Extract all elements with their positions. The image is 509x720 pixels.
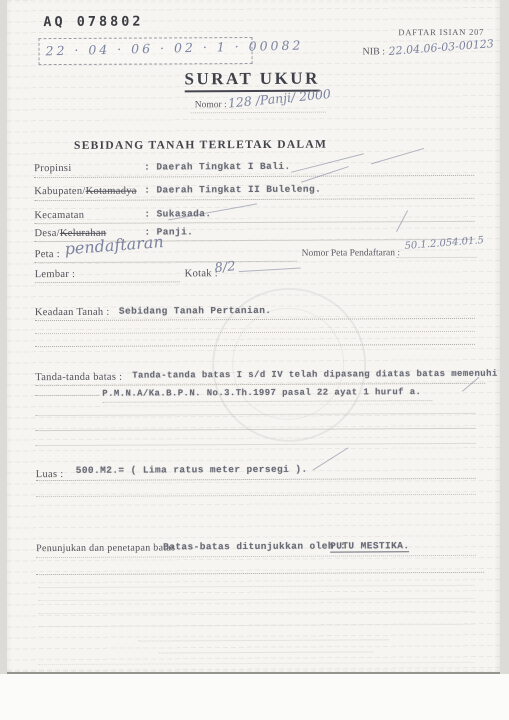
dotted-leader [397, 257, 477, 258]
page-content: AQ 078802 22 · 04 · 06 · 02 · 1 · 00082 … [5, 0, 502, 673]
parcel-code-box: 22 · 04 · 06 · 02 · 1 · 00082 [38, 37, 252, 65]
penunjukan-value: Batas-batas ditunjukkan oleh : [163, 541, 346, 553]
dotted-leader [36, 555, 476, 558]
tanda-batas-line1: Tanda-tanda batas I s/d IV telah dipasan… [132, 369, 498, 381]
dotted-filler-line [36, 443, 476, 446]
keadaan-tanah-label: Keadaan Tanah : [35, 307, 110, 318]
nib-value-handwritten: 22.04.06-03-00123 [388, 37, 494, 58]
title-row: SURAT UKUR [6, 68, 499, 94]
handwritten-slash-mark [291, 153, 364, 172]
dotted-leader [102, 400, 432, 403]
page-bottom-edge [0, 674, 509, 720]
faint-bleedthrough-line [38, 598, 474, 601]
dotted-filler-line [36, 572, 484, 575]
parcel-code-handwritten: 22 · 04 · 06 · 02 · 1 · 00082 [45, 37, 303, 58]
nomor-peta-value-handwritten: 50.1.2.054.01.5 [404, 235, 484, 252]
faint-bleedthrough-line [39, 624, 475, 627]
faint-bleedthrough-line [38, 611, 474, 614]
luas-value: 500.M2.= ( Lima ratus meter persegi ). [76, 464, 308, 476]
propinsi-label: Propinsi [34, 163, 71, 174]
keadaan-tanah-value: Sebidang Tanah Pertanian. [119, 305, 272, 317]
kotak-value-handwritten: 8/2 [214, 259, 236, 276]
dotted-leader [35, 261, 297, 263]
dotted-leader [35, 318, 475, 321]
dotted-filler-line [35, 331, 475, 334]
nomor-peta-label: Nomor Peta Pendaftaran : [302, 248, 400, 259]
dotted-leader [35, 395, 99, 396]
penunjukan-label: Penunjukan dan penetapan batas [36, 542, 175, 554]
handwritten-slash-mark [312, 447, 348, 470]
dotted-filler-line [35, 413, 475, 416]
handwritten-dash-mark [239, 268, 301, 273]
peta-label: Peta : [35, 249, 60, 260]
dotted-filler-line [35, 428, 475, 431]
lembar-label: Lembar : [35, 269, 76, 280]
kabupaten-label-struck: Kotamadya [86, 186, 137, 197]
dotted-filler-line [35, 344, 475, 347]
faint-bleedthrough-text [139, 639, 389, 641]
dotted-leader [35, 281, 180, 283]
luas-label: Luas : [36, 469, 64, 480]
propinsi-value: : Daerah Tingkat I Bali. [144, 161, 290, 173]
desa-label-prefix: Desa/ [34, 228, 59, 239]
faint-bleedthrough-line [38, 585, 474, 588]
handwritten-slash-mark [462, 377, 479, 392]
handwritten-slash-mark [301, 166, 349, 183]
faint-bleedthrough-line [39, 662, 475, 665]
dotted-leader [34, 175, 474, 178]
dotted-leader [36, 478, 476, 481]
dotted-leader [191, 112, 326, 114]
penunjukan-name: PUTU MESTIKA. [330, 540, 409, 552]
document-serial-number: AQ 078802 [43, 14, 143, 31]
tanda-batas-line2: P.M.N.A/Ka.B.P.N. No.3.Th.1997 pasal 22 … [102, 387, 421, 399]
dotted-filler-line [36, 494, 476, 497]
dotted-leader [34, 198, 474, 201]
section-heading: SEBIDANG TANAH TERLETAK DALAM [74, 139, 327, 152]
kotak-label: Kotak : [185, 268, 218, 279]
nib-label: NIB : [362, 46, 385, 57]
scanned-document-page: AQ 078802 22 · 04 · 06 · 02 · 1 · 00082 … [7, 0, 500, 674]
tanda-batas-label: Tanda-tanda batas : [35, 372, 122, 383]
dotted-leader [35, 383, 485, 386]
kabupaten-label: Kabupaten/Kotamadya [34, 186, 137, 198]
handwritten-slash-mark [371, 148, 424, 164]
kabupaten-label-prefix: Kabupaten/ [34, 186, 85, 197]
form-reference: DAFTAR ISIAN 207 [398, 27, 484, 37]
faint-bleedthrough-text [159, 651, 374, 653]
embossed-stamp-watermark-inner [232, 308, 345, 421]
dotted-leader [34, 221, 474, 224]
nomor-label: Nomor : [195, 100, 227, 110]
kabupaten-value: : Daerah Tingkat II Buleleng. [144, 184, 321, 196]
kecamatan-label: Kecamatan [34, 210, 84, 221]
